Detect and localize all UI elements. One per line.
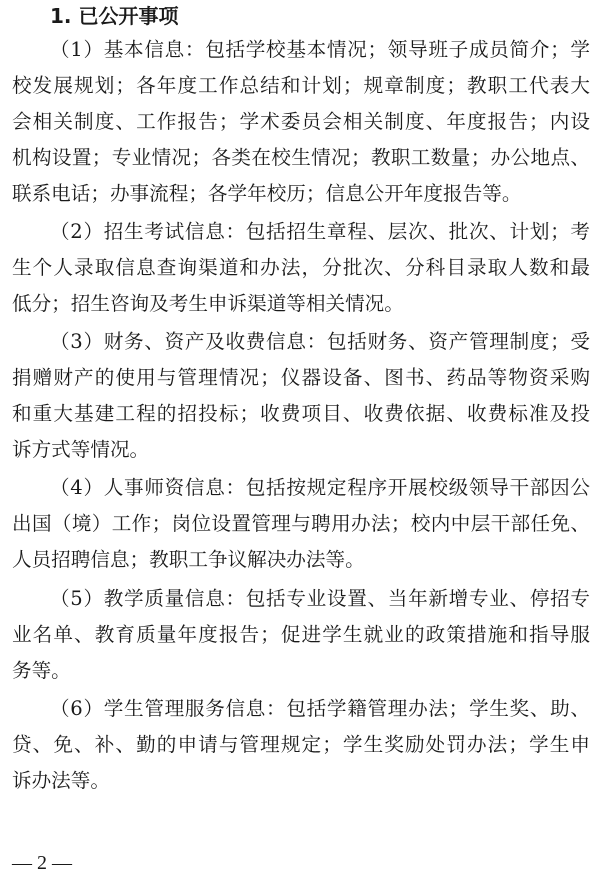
paragraph-line: 诉方式等情况。 (12, 436, 590, 464)
paragraph-line: 生个人录取信息查询渠道和办法，分批次、分科目录取人数和最 (12, 254, 590, 282)
paragraph-line: （1）基本信息：包括学校基本情况；领导班子成员简介；学 (50, 36, 590, 64)
paragraph-line: 校发展规划；各年度工作总结和计划；规章制度；教职工代表大 (12, 72, 590, 100)
paragraph-line: 会相关制度、工作报告；学术委员会相关制度、年度报告；内设 (12, 108, 590, 136)
paragraph-line: 联系电话；办事流程；各学年校历；信息公开年度报告等。 (12, 180, 590, 208)
paragraph-line: 低分；招生咨询及考生申诉渠道等相关情况。 (12, 290, 590, 318)
paragraph-line: （4）人事师资信息：包括按规定程序开展校级领导干部因公 (50, 474, 590, 502)
paragraph-line: （5）教学质量信息：包括专业设置、当年新增专业、停招专 (50, 585, 590, 613)
paragraph-line: 机构设置；专业情况；各类在校生情况；教职工数量；办公地点、 (12, 144, 590, 172)
paragraph-line: （2）招生考试信息：包括招生章程、层次、批次、计划；考 (50, 218, 590, 246)
paragraph-line: 出国（境）工作；岗位设置管理与聘用办法；校内中层干部任免、 (12, 510, 590, 538)
paragraph-line: 和重大基建工程的招投标；收费项目、收费依据、收费标准及投 (12, 400, 590, 428)
page-number: — 2 — (12, 850, 72, 876)
section-heading: 1. 已公开事项 (50, 2, 178, 30)
paragraph-line: 人员招聘信息；教职工争议解决办法等。 (12, 546, 590, 574)
paragraph-line: （6）学生管理服务信息：包括学籍管理办法；学生奖、助、 (50, 695, 590, 723)
paragraph-line: 业名单、教育质量年度报告；促进学生就业的政策措施和指导服 (12, 621, 590, 649)
paragraph-line: 贷、免、补、勤的申请与管理规定；学生奖励处罚办法；学生申 (12, 731, 590, 759)
paragraph-line: 务等。 (12, 657, 590, 685)
paragraph-line: （3）财务、资产及收费信息：包括财务、资产管理制度；受 (50, 328, 590, 356)
paragraph-line: 诉办法等。 (12, 767, 590, 795)
paragraph-line: 捐赠财产的使用与管理情况；仪器设备、图书、药品等物资采购 (12, 364, 590, 392)
